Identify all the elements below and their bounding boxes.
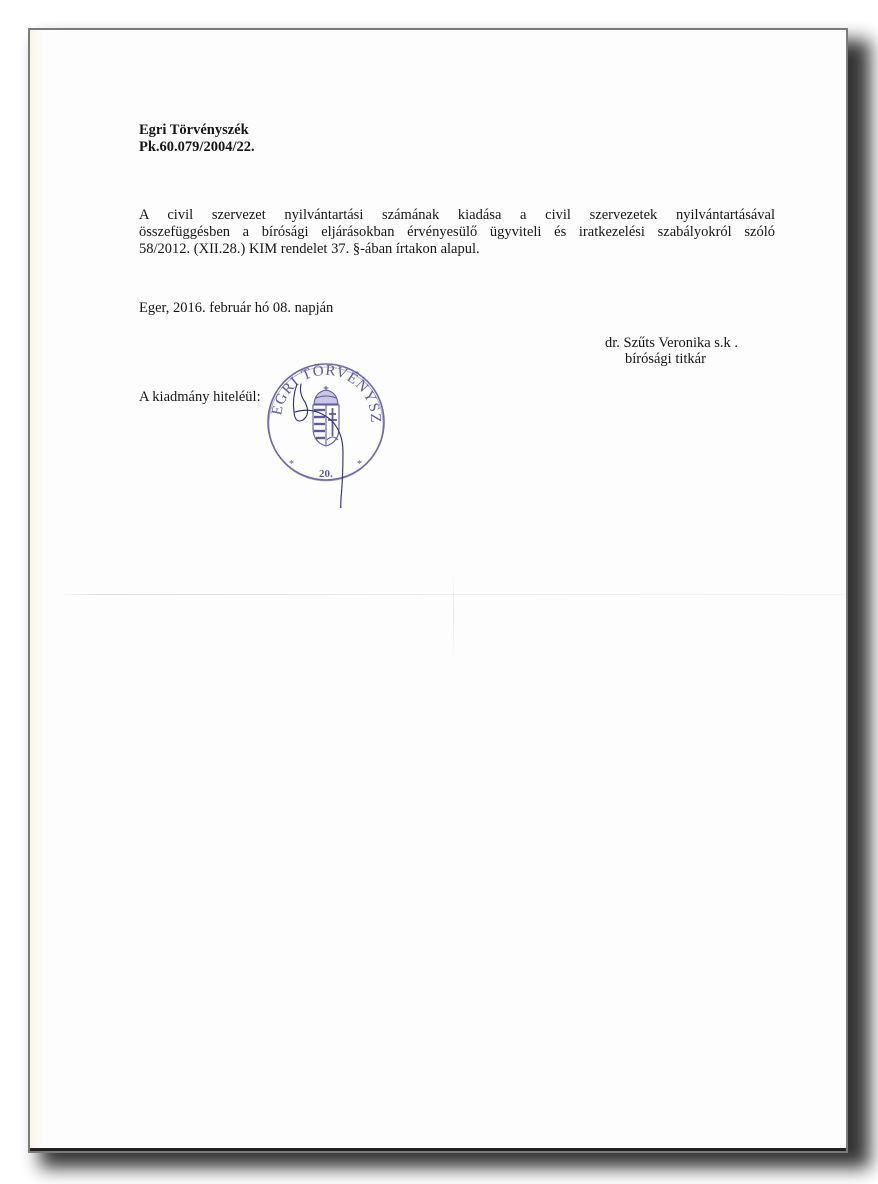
signature-block: dr. Szűts Veronika s.k . bírósági titkár [605, 335, 738, 367]
attestation-label: A kiadmány hiteléül: [139, 389, 261, 406]
body-line: A civil szervezet nyilvántartási számána… [139, 207, 775, 224]
stamp-star-icon: * [357, 459, 362, 470]
document-heading: Egri Törvényszék Pk.60.079/2004/22. [139, 122, 255, 155]
page-edge-tint [30, 30, 44, 1151]
signatory-name: dr. Szűts Veronika s.k . [605, 335, 738, 351]
page-bottom-edge [30, 1148, 846, 1151]
signatory-title: bírósági titkár [605, 351, 738, 367]
body-line: összefüggésben a bírósági eljárásokban é… [139, 224, 775, 241]
court-name: Egri Törvényszék [139, 122, 255, 139]
stamp-star-icon: * [289, 459, 294, 470]
place-and-date: Eger, 2016. február hó 08. napján [139, 300, 333, 317]
body-paragraph: A civil szervezet nyilvántartási számána… [139, 207, 775, 258]
body-line: 58/2012. (XII.28.) KIM rendelet 37. §-áb… [139, 241, 775, 258]
stamp-number: 20. [319, 468, 333, 480]
case-number: Pk.60.079/2004/22. [139, 139, 255, 156]
court-stamp: EGRI TÖRVÉNYSZÉK [259, 348, 389, 508]
document-page: Egri Törvényszék Pk.60.079/2004/22. A ci… [28, 28, 848, 1153]
vertical-fold-line [453, 570, 454, 660]
